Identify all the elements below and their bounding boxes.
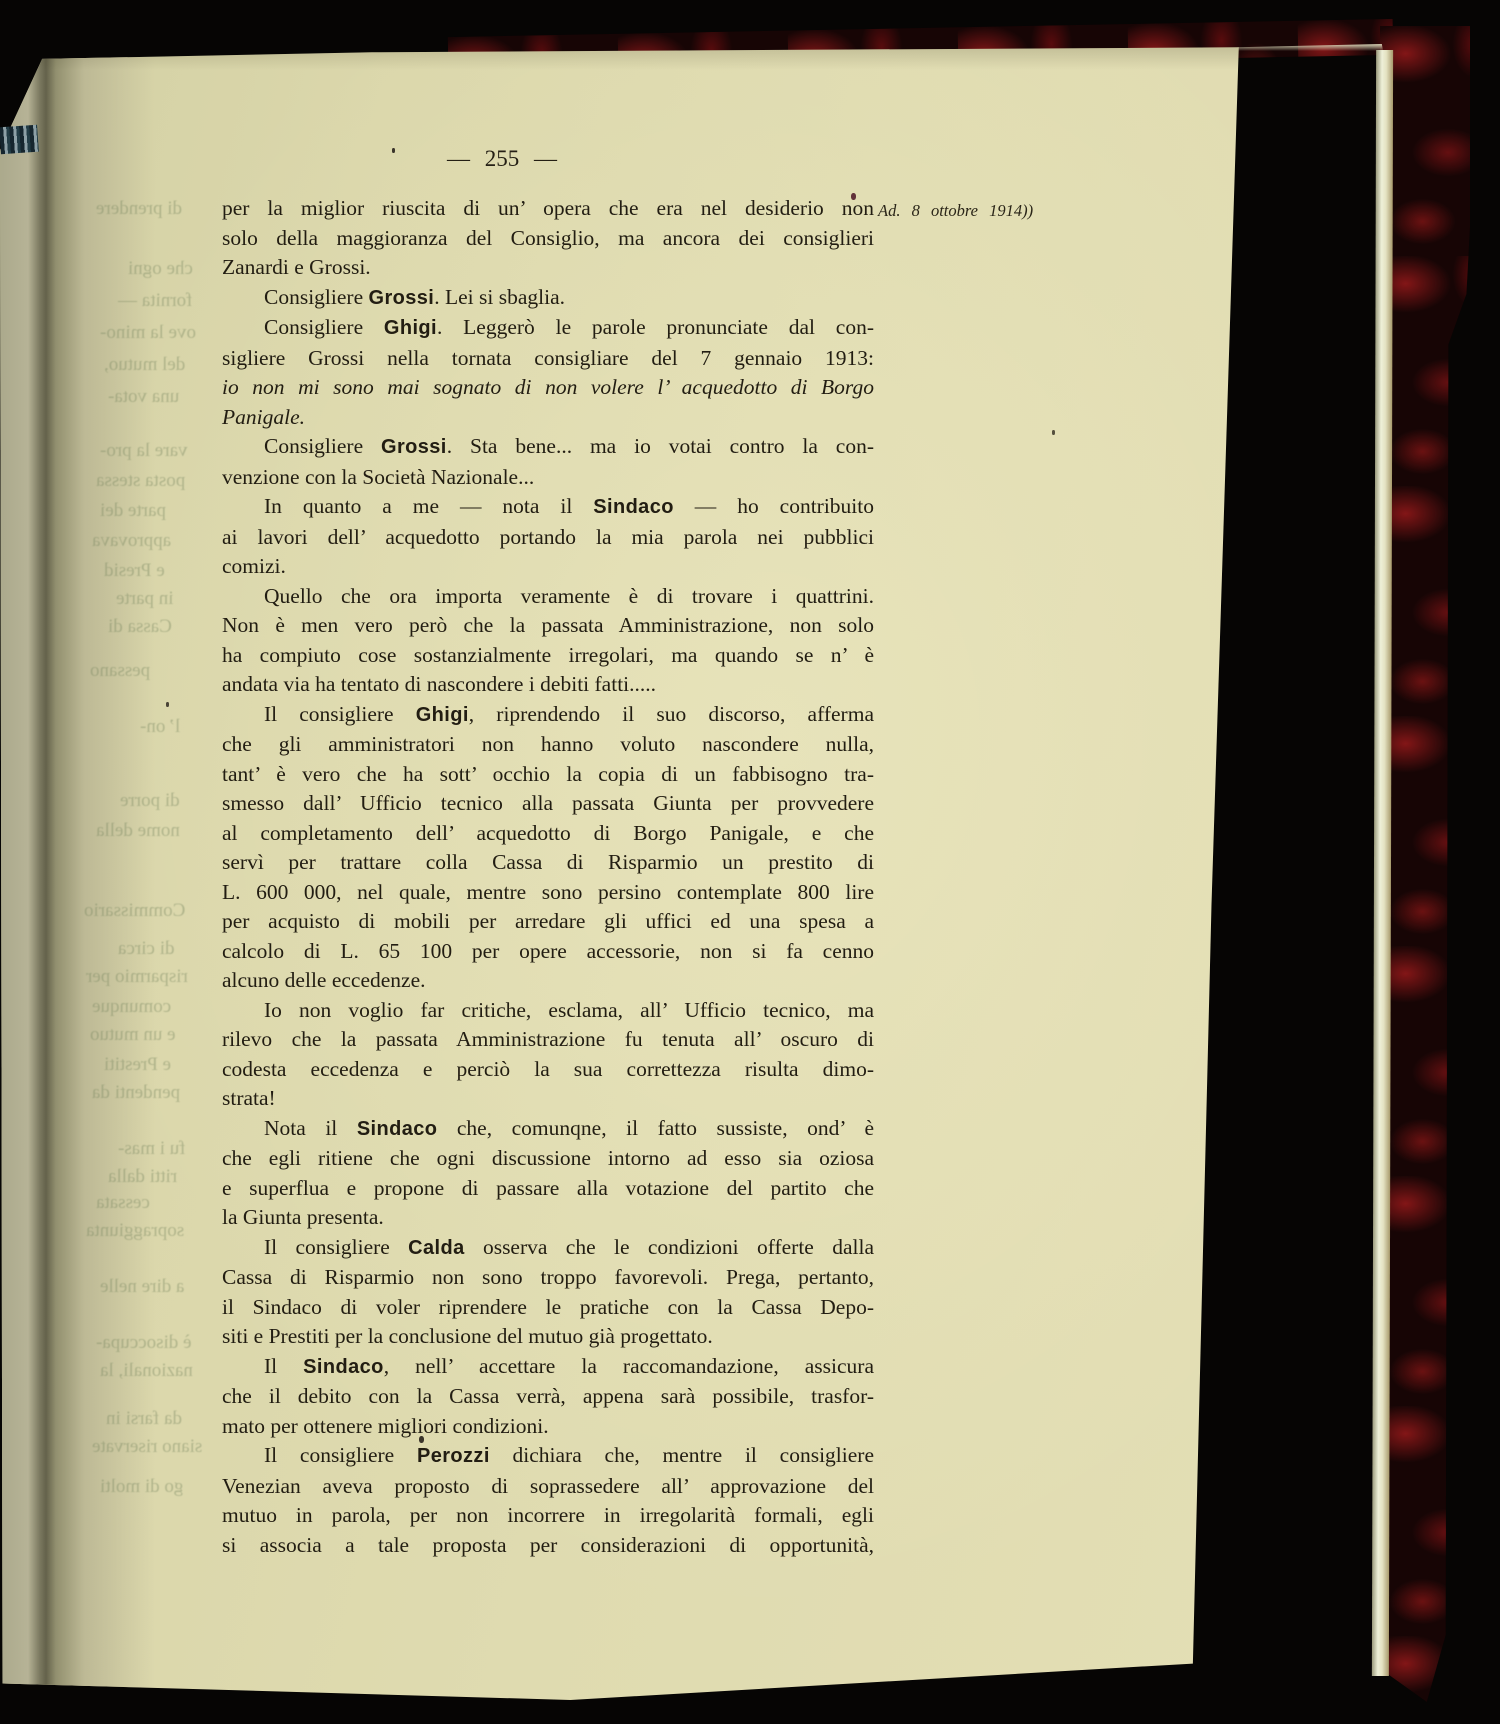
bleedthrough-fragment: Commissario (84, 900, 185, 922)
bleedthrough-fragment: nome della (96, 820, 180, 842)
text-line: la Giunta presenta. (222, 1203, 874, 1233)
text-line: Nota il Sindaco che, comunqne, il fatto … (222, 1114, 874, 1145)
text-line: mutuo in parola, per non incorrere in ir… (222, 1501, 874, 1531)
bleedthrough-fragment: pendenti da (92, 1082, 180, 1104)
bleedthrough-fragment: del mutuo, (104, 354, 185, 376)
text-line: comizi. (222, 552, 874, 582)
text-line: rilevo che la passata Amministrazione fu… (222, 1025, 874, 1055)
bleedthrough-fragment: pessano (90, 660, 150, 682)
text-line: che gli amministratori non hanno voluto … (222, 730, 874, 760)
bleedthrough-fragment: da farsi in (106, 1408, 182, 1430)
text-line: Panigale. (222, 403, 874, 433)
text-line: codesta eccedenza e perciò la sua corret… (222, 1055, 874, 1085)
text-line: mato per ottenere migliori condizioni. (222, 1412, 874, 1442)
margin-note: Ad. 8 ottobre 1914)) (878, 201, 1058, 221)
text-line: Il Sindaco, nell’ accettare la raccomand… (222, 1352, 874, 1383)
bleedthrough-fragment: sopraggiunta (86, 1220, 184, 1242)
text-line: il Sindaco di voler riprendere le pratic… (222, 1293, 874, 1323)
paragraph: per la miglior riuscita di un’ opera che… (222, 194, 874, 283)
text-line: alcuno delle eccedenze. (222, 966, 874, 996)
bleedthrough-fragment: comunque (92, 996, 171, 1018)
text-line: siti e Prestiti per la conclusione del m… (222, 1322, 874, 1352)
text-line: ai lavori dell’ acquedotto portando la m… (222, 523, 874, 553)
book-cover-right (1380, 26, 1470, 1702)
bleedthrough-fragment: nazionali, la (100, 1360, 193, 1382)
text-line: andata via ha tentato di nascondere i de… (222, 670, 874, 700)
book-scan: — 255 — Ad. 8 ottobre 1914)) per la migl… (0, 0, 1500, 1724)
bleedthrough-fragment: in parte (116, 588, 174, 610)
text-line: Il consigliere Perozzi dichiara che, men… (222, 1441, 874, 1472)
text-line: venzione con la Società Nazionale... (222, 463, 874, 493)
headband (0, 125, 39, 155)
bleedthrough-fragment: fu i mas- (118, 1138, 186, 1160)
bleedthrough-fragment: approvava (92, 530, 171, 552)
text-line: Il consigliere Calda osserva che le cond… (222, 1233, 874, 1264)
bleedthrough-fragment: vare la pro- (100, 440, 188, 462)
text-line: smesso dall’ Ufficio tecnico alla passat… (222, 789, 874, 819)
paragraph: Consigliere Ghigi. Leggerò le parole pro… (222, 313, 874, 432)
text-line: tant’ è vero che ha sott’ occhio la copi… (222, 760, 874, 790)
text-line: strata! (222, 1084, 874, 1114)
text-line: Consigliere Grossi. Sta bene... ma io vo… (222, 432, 874, 463)
text-line: Zanardi e Grossi. (222, 253, 874, 283)
bleedthrough-fragment: di circa (118, 938, 174, 960)
paragraph: Il consigliere Calda osserva che le cond… (222, 1233, 874, 1352)
paragraph: In quanto a me — nota il Sindaco — ho co… (222, 492, 874, 582)
bleedthrough-fragment: ove la mino- (100, 322, 196, 344)
text-line: sigliere Grossi nella tornata consigliar… (222, 344, 874, 374)
text-line: che il debito con la Cassa verrà, appena… (222, 1382, 874, 1412)
bleedthrough-fragment: e un mutuo (90, 1024, 176, 1046)
text-line: che egli ritiene che ogni discussione in… (222, 1144, 874, 1174)
text-line: L. 600 000, nel quale, mentre sono persi… (222, 878, 874, 908)
text-line: servì per trattare colla Cassa di Rispar… (222, 848, 874, 878)
paragraph: Il Sindaco, nell’ accettare la raccomand… (222, 1352, 874, 1442)
text-line: per la miglior riuscita di un’ opera che… (222, 194, 874, 224)
bleedthrough-fragment: e Prestiti (104, 1054, 171, 1076)
text-line: Consigliere Grossi. Lei si sbaglia. (222, 283, 874, 314)
text-line: Venezian aveva proposto di soprassedere … (222, 1472, 874, 1502)
text-line: ha compiuto cose sostanzialmente irregol… (222, 641, 874, 671)
paragraph: Consigliere Grossi. Lei si sbaglia. (222, 283, 874, 314)
paragraph: Il consigliere Perozzi dichiara che, men… (222, 1441, 874, 1560)
bleedthrough-fragment: che ogni (128, 258, 193, 280)
bleedthrough-fragment: fornita — (118, 290, 192, 312)
bleedthrough-fragment: e Presid (104, 560, 165, 582)
paragraph: Quello che ora importa veramente è di tr… (222, 582, 874, 700)
bleedthrough-fragment: risparmio per (86, 966, 188, 988)
text-line: In quanto a me — nota il Sindaco — ho co… (222, 492, 874, 523)
paragraph: Il consigliere Ghigi, riprendendo il suo… (222, 700, 874, 996)
bleedthrough-fragment: è disoccupa- (96, 1332, 191, 1354)
bleedthrough-fragment: l’ on- (140, 716, 180, 738)
paragraph: Io non voglio far critiche, esclama, all… (222, 996, 874, 1114)
text-line: e superflua e propone di passare alla vo… (222, 1174, 874, 1204)
bleedthrough-fragment: cessata (96, 1192, 150, 1214)
paragraph: Nota il Sindaco che, comunqne, il fatto … (222, 1114, 874, 1233)
bleedthrough-fragment: Cassa di (108, 616, 172, 638)
text-line: Consigliere Ghigi. Leggerò le parole pro… (222, 313, 874, 344)
bleedthrough-fragment: di porre (120, 790, 180, 812)
text-line: Cassa di Risparmio non sono troppo favor… (222, 1263, 874, 1293)
bleedthrough-fragment: di prendere (96, 198, 182, 220)
text-line: calcolo di L. 65 100 per opere accessori… (222, 937, 874, 967)
text-line: Il consigliere Ghigi, riprendendo il suo… (222, 700, 874, 731)
text-line: io non mi sono mai sognato di non volere… (222, 373, 874, 403)
bleedthrough-fragment: parte dei (100, 500, 166, 522)
text-line: al completamento dell’ acquedotto di Bor… (222, 819, 874, 849)
text-line: Non è men vero però che la passata Ammin… (222, 611, 874, 641)
paragraph: Consigliere Grossi. Sta bene... ma io vo… (222, 432, 874, 492)
text-line: Io non voglio far critiche, esclama, all… (222, 996, 874, 1026)
bleedthrough-fragment: posta stessa (96, 470, 185, 492)
text-line: Quello che ora importa veramente è di tr… (222, 582, 874, 612)
bleedthrough-fragment: ritti dalla (108, 1166, 177, 1188)
bleedthrough-fragment: a dire nelle (100, 1276, 184, 1298)
bleedthrough-fragment: siano riservate (92, 1436, 202, 1458)
bleedthrough-fragment: go di molti (100, 1476, 183, 1498)
text-block: per la miglior riuscita di un’ opera che… (222, 194, 874, 1560)
page-number: — 255 — (222, 146, 782, 172)
text-line: solo della maggioranza del Consiglio, ma… (222, 224, 874, 254)
text-line: si associa a tale proposta per considera… (222, 1531, 874, 1561)
bleedthrough-fragment: una vota- (108, 386, 179, 408)
text-line: per acquisto di mobili per arredare gli … (222, 907, 874, 937)
